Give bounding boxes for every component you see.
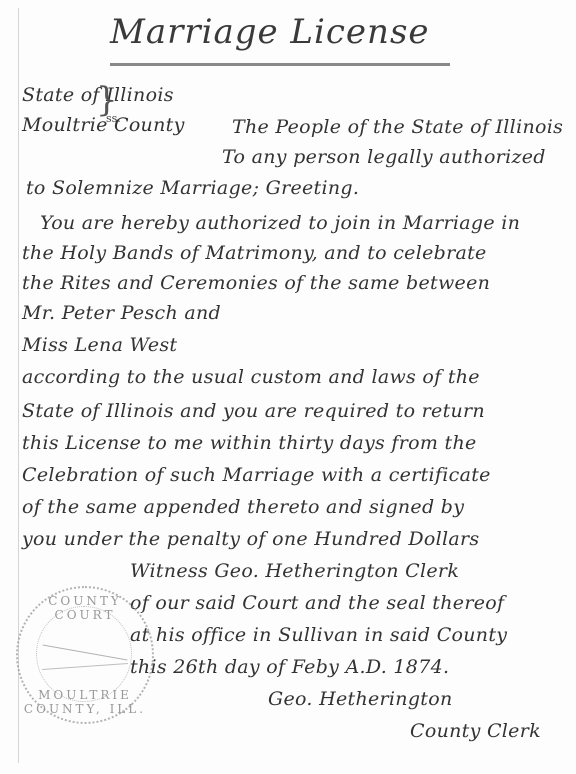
body-line-16: of our said Court and the seal thereof — [130, 592, 504, 614]
date-line: this 26th day of Feby A.D. 1874. — [130, 656, 449, 678]
body-line-3: to Solemnize Marriage; Greeting. — [26, 177, 359, 199]
body-line-12: Celebration of such Marriage with a cert… — [22, 464, 491, 486]
seal-bottom-text: MOULTRIE COUNTY, ILL. — [18, 688, 152, 716]
body-line-14: you under the penalty of one Hundred Dol… — [22, 528, 479, 550]
title-underline — [110, 60, 450, 66]
signature-title: County Clerk — [410, 720, 541, 742]
document-title: Marriage License — [110, 12, 430, 52]
signature-name: Geo. Hetherington — [268, 688, 453, 710]
bride-line: Miss Lena West — [22, 334, 177, 356]
body-line-4: You are hereby authorized to join in Mar… — [40, 212, 520, 234]
body-line-2: To any person legally authorized — [222, 146, 546, 168]
body-line-5: the Holy Bands of Matrimony, and to cele… — [22, 242, 487, 264]
body-line-6: the Rites and Ceremonies of the same bet… — [22, 272, 490, 294]
body-line-9: according to the usual custom and laws o… — [22, 366, 480, 388]
body-line-11: this License to me within thirty days fr… — [22, 432, 477, 454]
seal-top-text: COUNTY COURT — [18, 594, 152, 622]
ss-mark: ss. — [106, 112, 121, 125]
body-line-17: at his office in Sullivan in said County — [130, 624, 507, 646]
body-line-1: The People of the State of Illinois — [232, 116, 563, 138]
witness-line: Witness Geo. Hetherington Clerk — [130, 560, 459, 582]
county-court-seal: COUNTY COURT MOULTRIE COUNTY, ILL. — [16, 586, 154, 724]
document-page: Marriage License State of Illinois Moult… — [0, 0, 576, 774]
body-line-13: of the same appended thereto and signed … — [22, 496, 464, 518]
groom-line: Mr. Peter Pesch and — [22, 302, 221, 324]
body-line-10: State of Illinois and you are required t… — [22, 400, 485, 422]
